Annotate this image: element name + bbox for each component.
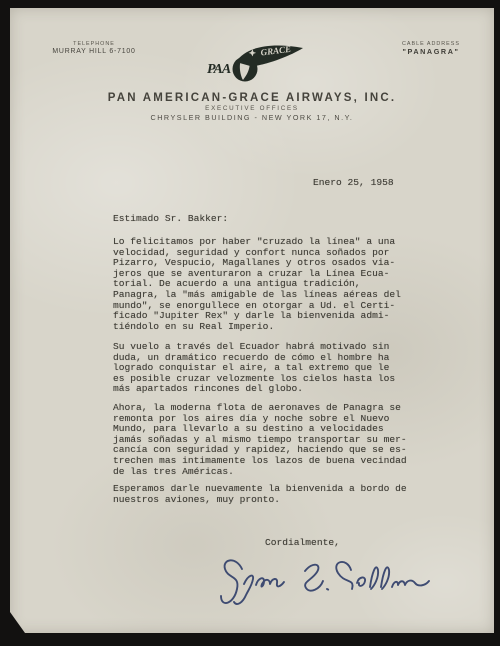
cable-address: "PANAGRA" xyxy=(383,48,479,56)
paragraph-2: Su vuelo a través del Ecuador habrá moti… xyxy=(113,342,395,395)
address-line: CHRYSLER BUILDING - NEW YORK 17, N.Y. xyxy=(10,113,494,122)
scan-corner-fold xyxy=(10,612,25,633)
signature-ink-icon xyxy=(218,548,433,614)
salutation: Estimado Sr. Bakker: xyxy=(113,214,228,225)
telephone-block: TELEPHONE MURRAY HILL 6-7100 xyxy=(44,41,144,56)
paragraph-3: Ahora, la moderna flota de aeronaves de … xyxy=(113,403,407,477)
letter-paper: TELEPHONE MURRAY HILL 6-7100 GRACE PAA C… xyxy=(10,8,494,633)
signature xyxy=(218,548,433,614)
letter-date: Enero 25, 1958 xyxy=(313,178,394,189)
svg-text:PAA: PAA xyxy=(207,62,231,77)
winged-globe-icon: GRACE PAA xyxy=(206,43,306,89)
panagra-winged-globe-logo: GRACE PAA xyxy=(206,43,306,89)
paragraph-4: Esperamos darle nuevamente la bienvenida… xyxy=(113,484,407,505)
office-line: EXECUTIVE OFFICES xyxy=(10,105,494,112)
cable-block: CABLE ADDRESS "PANAGRA" xyxy=(383,41,479,56)
telephone-number: MURRAY HILL 6-7100 xyxy=(44,48,144,56)
telephone-label: TELEPHONE xyxy=(44,41,144,48)
company-name: PAN AMERICAN-GRACE AIRWAYS, INC. xyxy=(10,92,494,104)
closing: Cordialmente, xyxy=(265,538,340,549)
paragraph-1: Lo felicitamos por haber "cruzado la lín… xyxy=(113,237,401,332)
